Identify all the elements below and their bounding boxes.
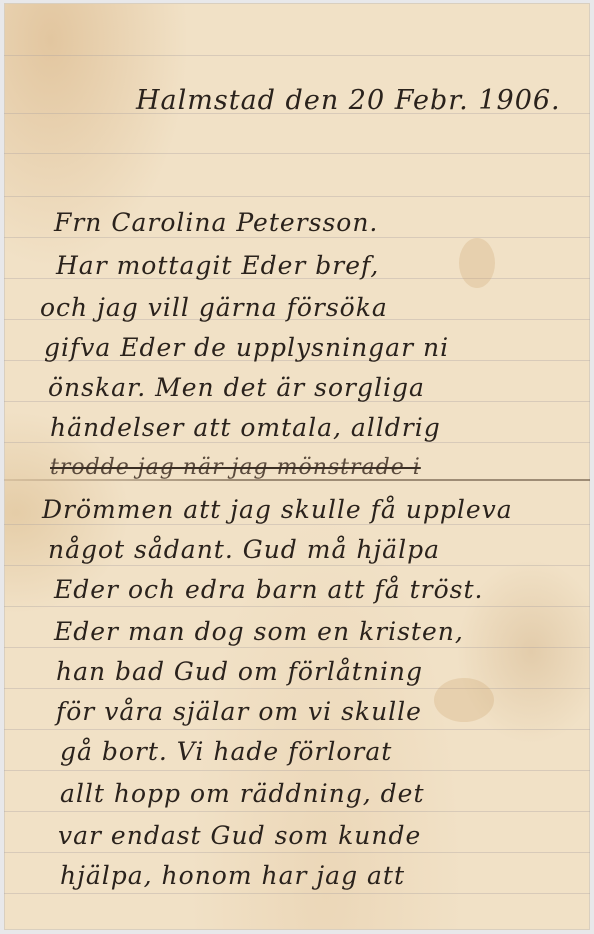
letter-line: något sådant. Gud må hjälpa (48, 535, 440, 564)
water-stain (434, 678, 494, 722)
letter-line: var endast Gud som kunde (58, 821, 421, 850)
letter-line: hjälpa, honom har jag att (60, 861, 405, 890)
letter-line: gå bort. Vi hade förlorat (60, 737, 392, 766)
ruled-line (4, 55, 590, 56)
letter-line: för våra själar om vi skulle (56, 697, 422, 726)
ruled-line (4, 153, 590, 154)
ruled-line (4, 688, 590, 689)
letter-line: Frn Carolina Petersson. (54, 208, 378, 237)
ruled-line (4, 811, 590, 812)
letter-line: Har mottagit Eder bref, (56, 251, 379, 280)
letter-line: och jag vill gärna försöka (40, 293, 388, 322)
letter-line: han bad Gud om förlåtning (56, 657, 423, 686)
ruled-line (4, 729, 590, 730)
letter-page: Halmstad den 20 Febr. 1906. Frn Carolina… (4, 3, 590, 930)
letter-line: önskar. Men det är sorgliga (48, 373, 425, 402)
letter-line: gifva Eder de upplysningar ni (44, 333, 449, 362)
ruled-line (4, 196, 590, 197)
ruled-line (4, 893, 590, 894)
letter-line: Drömmen att jag skulle få uppleva (42, 495, 513, 524)
water-stain (459, 238, 495, 288)
ruled-line (4, 442, 590, 443)
ruled-line (4, 524, 590, 525)
letter-line: Eder och edra barn att få tröst. (54, 575, 483, 604)
letter-dateline: Halmstad den 20 Febr. 1906. (136, 85, 561, 116)
ruled-line (4, 606, 590, 607)
letter-line: händelser att omtala, alldrig (50, 413, 441, 442)
ruled-line (4, 770, 590, 771)
letter-line: allt hopp om räddning, det (60, 779, 425, 808)
ruled-line (4, 647, 590, 648)
ruled-line (4, 565, 590, 566)
ruled-line (4, 237, 590, 238)
struck-through-line: trodde jag när jag mönstrade i (50, 455, 421, 480)
ruled-line (4, 852, 590, 853)
letter-line: Eder man dog som en kristen, (54, 617, 464, 646)
